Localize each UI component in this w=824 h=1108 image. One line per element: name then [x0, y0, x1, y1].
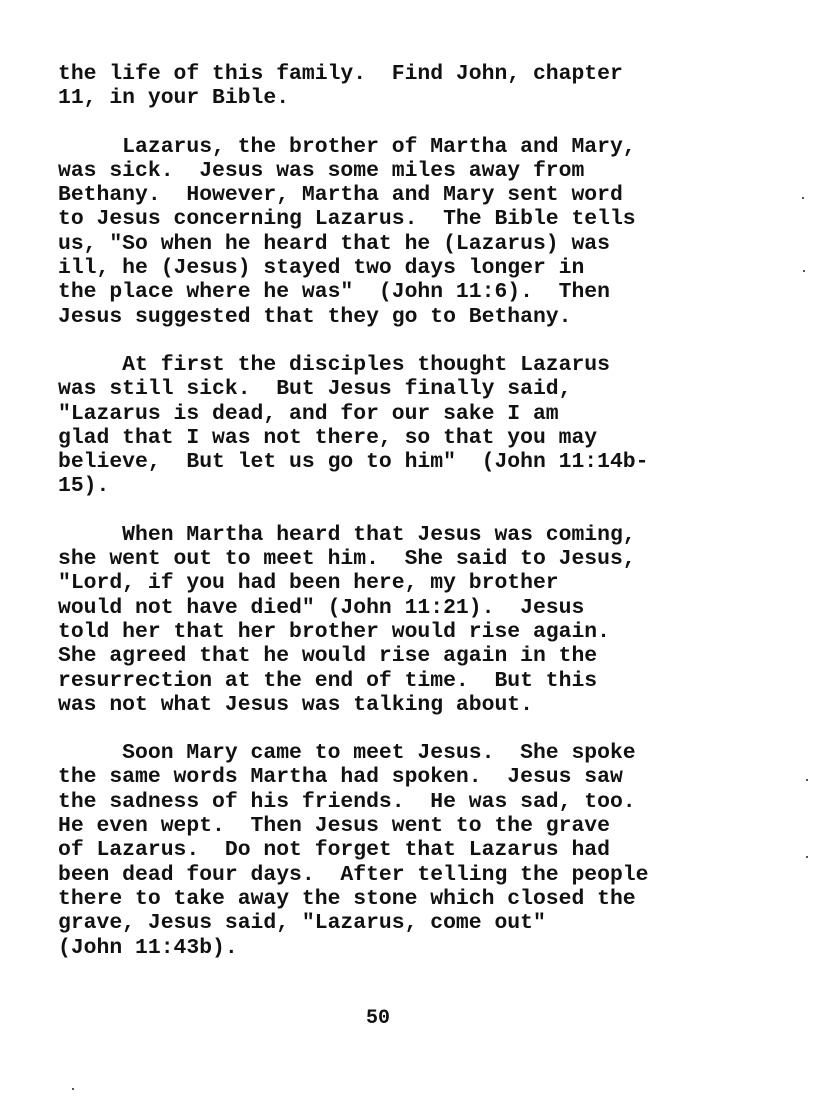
text-line: 15). — [58, 474, 738, 498]
text-line: was still sick. But Jesus finally said, — [58, 377, 738, 401]
text-line: of Lazarus. Do not forget that Lazarus h… — [58, 838, 738, 862]
text-line: she went out to meet him. She said to Je… — [58, 547, 738, 571]
text-line: glad that I was not there, so that you m… — [58, 426, 738, 450]
text-line: believe, But let us go to him" (John 11:… — [58, 450, 738, 474]
paragraph-1: the life of this family. Find John, chap… — [58, 62, 738, 111]
text-line: the same words Martha had spoken. Jesus … — [58, 765, 738, 789]
text-line: been dead four days. After telling the p… — [58, 863, 738, 887]
scan-speck — [803, 270, 805, 272]
body-text: the life of this family. Find John, chap… — [58, 62, 738, 984]
text-line: ill, he (Jesus) stayed two days longer i… — [58, 256, 738, 280]
scanned-page: the life of this family. Find John, chap… — [0, 0, 824, 1108]
text-line: resurrection at the end of time. But thi… — [58, 669, 738, 693]
text-line: He even wept. Then Jesus went to the gra… — [58, 814, 738, 838]
text-line: to Jesus concerning Lazarus. The Bible t… — [58, 207, 738, 231]
text-line: At first the disciples thought Lazarus — [58, 353, 738, 377]
scan-speck — [72, 1088, 74, 1090]
text-line: was not what Jesus was talking about. — [58, 693, 738, 717]
text-line: the place where he was" (John 11:6). The… — [58, 280, 738, 304]
page-number: 50 — [366, 1007, 390, 1031]
text-line: there to take away the stone which close… — [58, 887, 738, 911]
text-line: grave, Jesus said, "Lazarus, come out" — [58, 911, 738, 935]
text-line: would not have died" (John 11:21). Jesus — [58, 596, 738, 620]
paragraph-5: Soon Mary came to meet Jesus. She spoke … — [58, 741, 738, 960]
paragraph-4: When Martha heard that Jesus was coming,… — [58, 523, 738, 717]
text-line: She agreed that he would rise again in t… — [58, 644, 738, 668]
text-line: told her that her brother would rise aga… — [58, 620, 738, 644]
text-line: 11, in your Bible. — [58, 86, 738, 110]
text-line: Soon Mary came to meet Jesus. She spoke — [58, 741, 738, 765]
text-line: us, "So when he heard that he (Lazarus) … — [58, 232, 738, 256]
text-line: (John 11:43b). — [58, 936, 738, 960]
text-line: Bethany. However, Martha and Mary sent w… — [58, 183, 738, 207]
text-line: When Martha heard that Jesus was coming, — [58, 523, 738, 547]
scan-speck — [806, 856, 808, 858]
scan-speck — [802, 197, 804, 199]
paragraph-3: At first the disciples thought Lazarus w… — [58, 353, 738, 499]
text-line: the life of this family. Find John, chap… — [58, 62, 738, 86]
text-line: Lazarus, the brother of Martha and Mary, — [58, 135, 738, 159]
paragraph-2: Lazarus, the brother of Martha and Mary,… — [58, 135, 738, 329]
text-line: the sadness of his friends. He was sad, … — [58, 790, 738, 814]
scan-speck — [806, 779, 808, 781]
text-line: was sick. Jesus was some miles away from — [58, 159, 738, 183]
text-line: "Lazarus is dead, and for our sake I am — [58, 402, 738, 426]
text-line: Jesus suggested that they go to Bethany. — [58, 305, 738, 329]
text-line: "Lord, if you had been here, my brother — [58, 571, 738, 595]
